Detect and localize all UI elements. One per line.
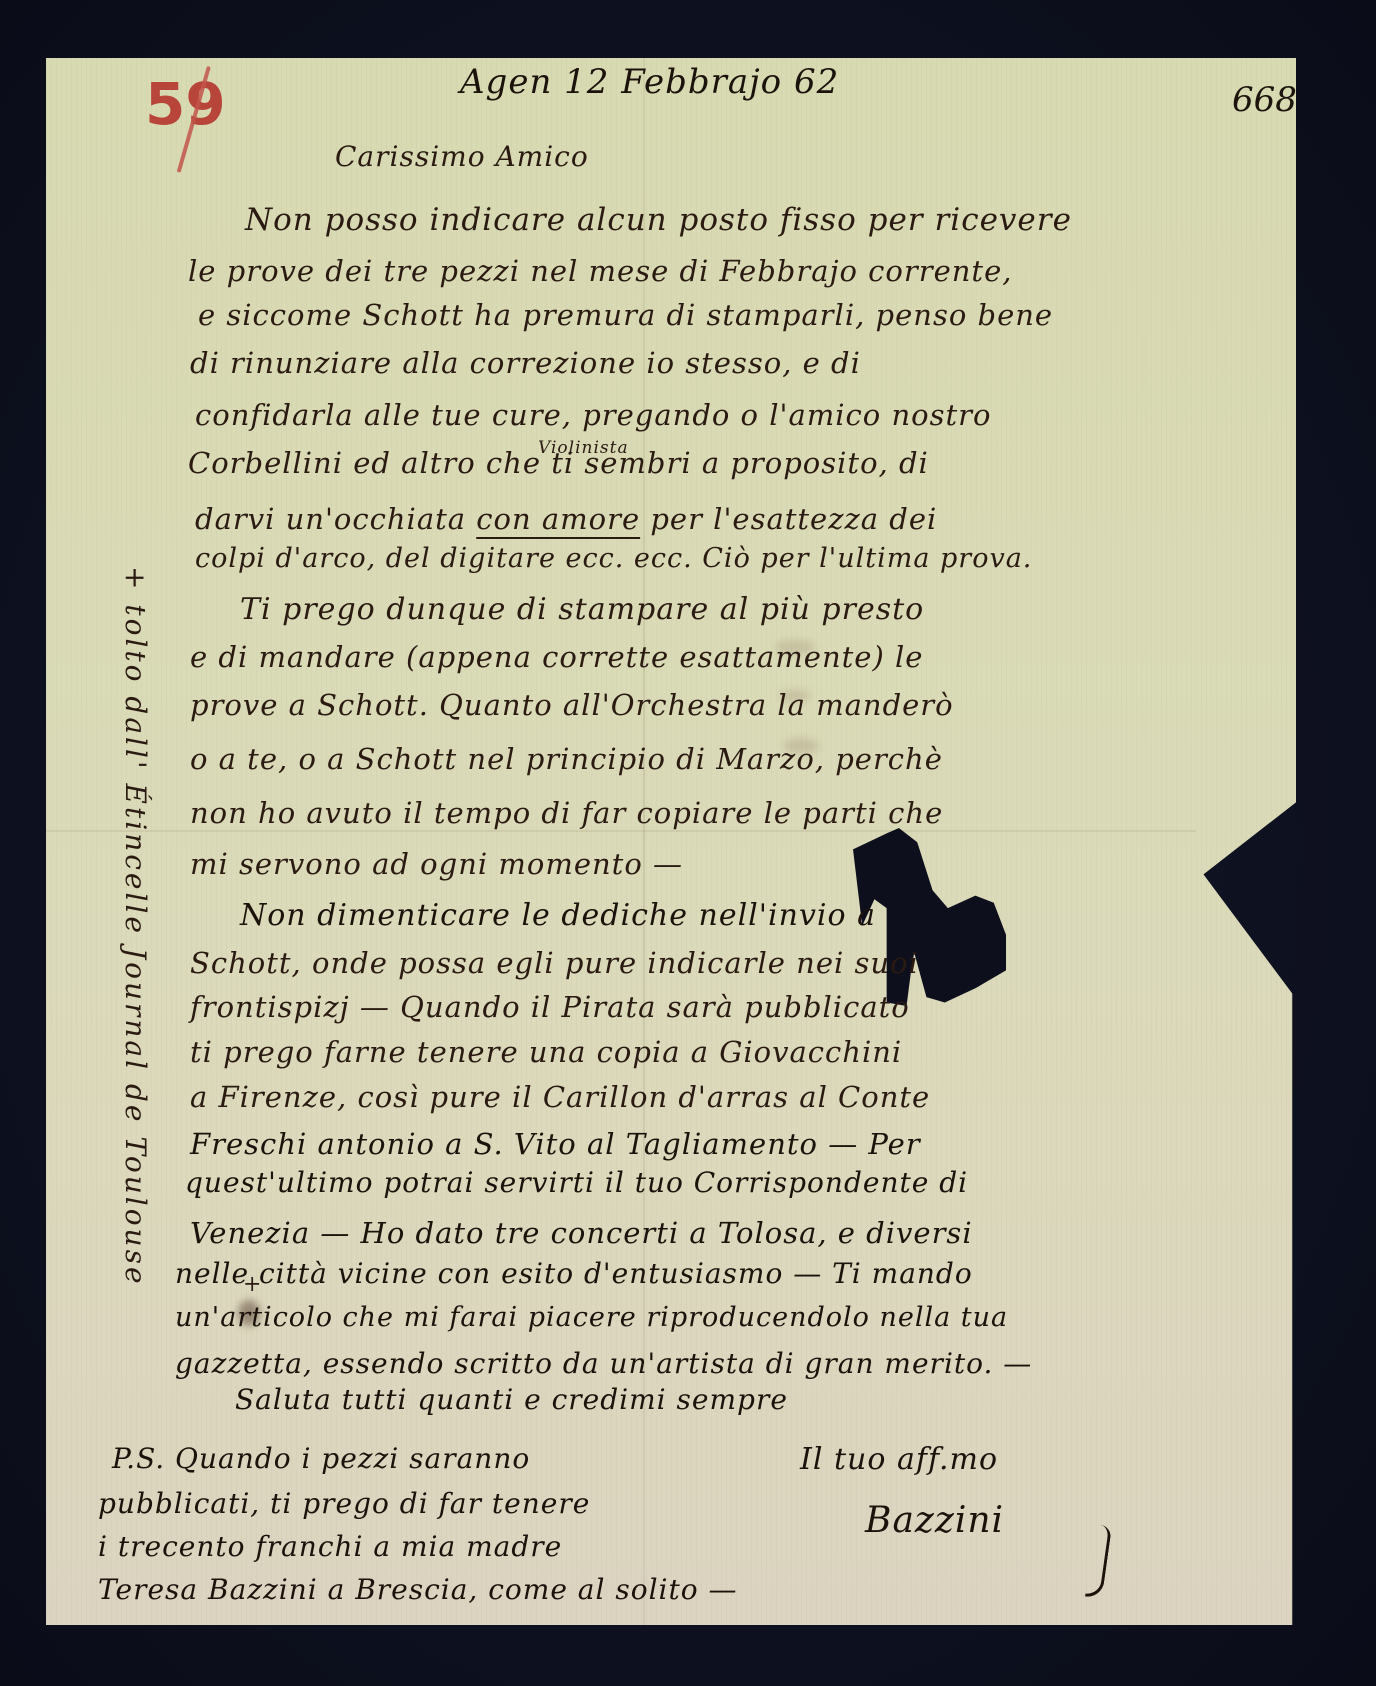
date-line: Agen 12 Febbrajo 62	[460, 62, 839, 102]
margin-note-vertical: + tolto dall' Étincelle Journal de Toulo…	[119, 566, 152, 1287]
body-line-3: e siccome Schott ha premura di stamparli…	[198, 298, 1053, 332]
body-line-9: Ti prego dunque di stampare al più prest…	[240, 592, 924, 627]
body-line-23: nelle città vicine con esito d'entusiasm…	[175, 1257, 973, 1290]
body-line-16: Schott, onde possa egli pure indicarle n…	[190, 946, 919, 980]
archive-number: 59	[145, 70, 226, 138]
body-line-7: darvi un'occhiata con amore per l'esatte…	[195, 502, 937, 536]
horizontal-fold-crease	[46, 830, 1196, 832]
postscript-line-1: P.S. Quando i pezzi saranno	[112, 1442, 530, 1475]
body-line-14: mi servono ad ogni momento —	[190, 847, 683, 881]
underlined-phrase: con amore	[476, 502, 640, 536]
body-line-15: Non dimenticare le dediche nell'invio a	[240, 898, 876, 933]
body-line-6: Corbellini ed altro che ti sembri a prop…	[188, 446, 929, 480]
body-line-4: di rinunziare alla correzione io stesso,…	[190, 346, 861, 380]
signature: Bazzini	[865, 1500, 1004, 1541]
body-line-2: le prove dei tre pezzi nel mese di Febbr…	[188, 254, 1012, 288]
body-line-8: colpi d'arco, del digitare ecc. ecc. Ciò…	[195, 543, 1032, 574]
body-line-12: o a te, o a Schott nel principio di Marz…	[190, 742, 943, 776]
body-line-1: Non posso indicare alcun posto fisso per…	[245, 202, 1072, 238]
body-line-11: prove a Schott. Quanto all'Orchestra la …	[190, 688, 954, 722]
insertion-cross-mark: +	[243, 1272, 261, 1297]
body-line-20: Freschi antonio a S. Vito al Tagliamento…	[190, 1127, 921, 1161]
salutation: Carissimo Amico	[335, 140, 589, 173]
body-line-19: a Firenze, così pure il Carillon d'arras…	[190, 1080, 930, 1114]
body-line-5: confidarla alle tue cure, pregando o l'a…	[195, 398, 991, 432]
body-line-26: Saluta tutti quanti e credimi sempre	[235, 1383, 788, 1416]
body-line-25: gazzetta, essendo scritto da un'artista …	[175, 1347, 1032, 1380]
body-line-24: un'articolo che mi farai piacere riprodu…	[175, 1302, 1008, 1333]
body-line-10: e di mandare (appena corrette esattament…	[190, 640, 923, 674]
body-line-22: Venezia — Ho dato tre concerti a Tolosa,…	[190, 1216, 973, 1250]
body-line-17: frontispizj — Quando il Pirata sarà pubb…	[190, 990, 910, 1024]
closing: Il tuo aff.mo	[800, 1442, 998, 1477]
body-line-18: ti prego farne tenere una copia a Giovac…	[190, 1035, 902, 1069]
body-line-13: non ho avuto il tempo di far copiare le …	[190, 796, 943, 830]
body-line-21: quest'ultimo potrai servirti il tuo Corr…	[185, 1166, 968, 1199]
postscript-line-3: i trecento franchi a mia madre	[98, 1530, 562, 1563]
folio-number: 668	[1232, 80, 1297, 120]
postscript-line-2: pubblicati, ti prego di far tenere	[98, 1487, 590, 1520]
postscript-line-4: Teresa Bazzini a Brescia, come al solito…	[98, 1573, 738, 1606]
